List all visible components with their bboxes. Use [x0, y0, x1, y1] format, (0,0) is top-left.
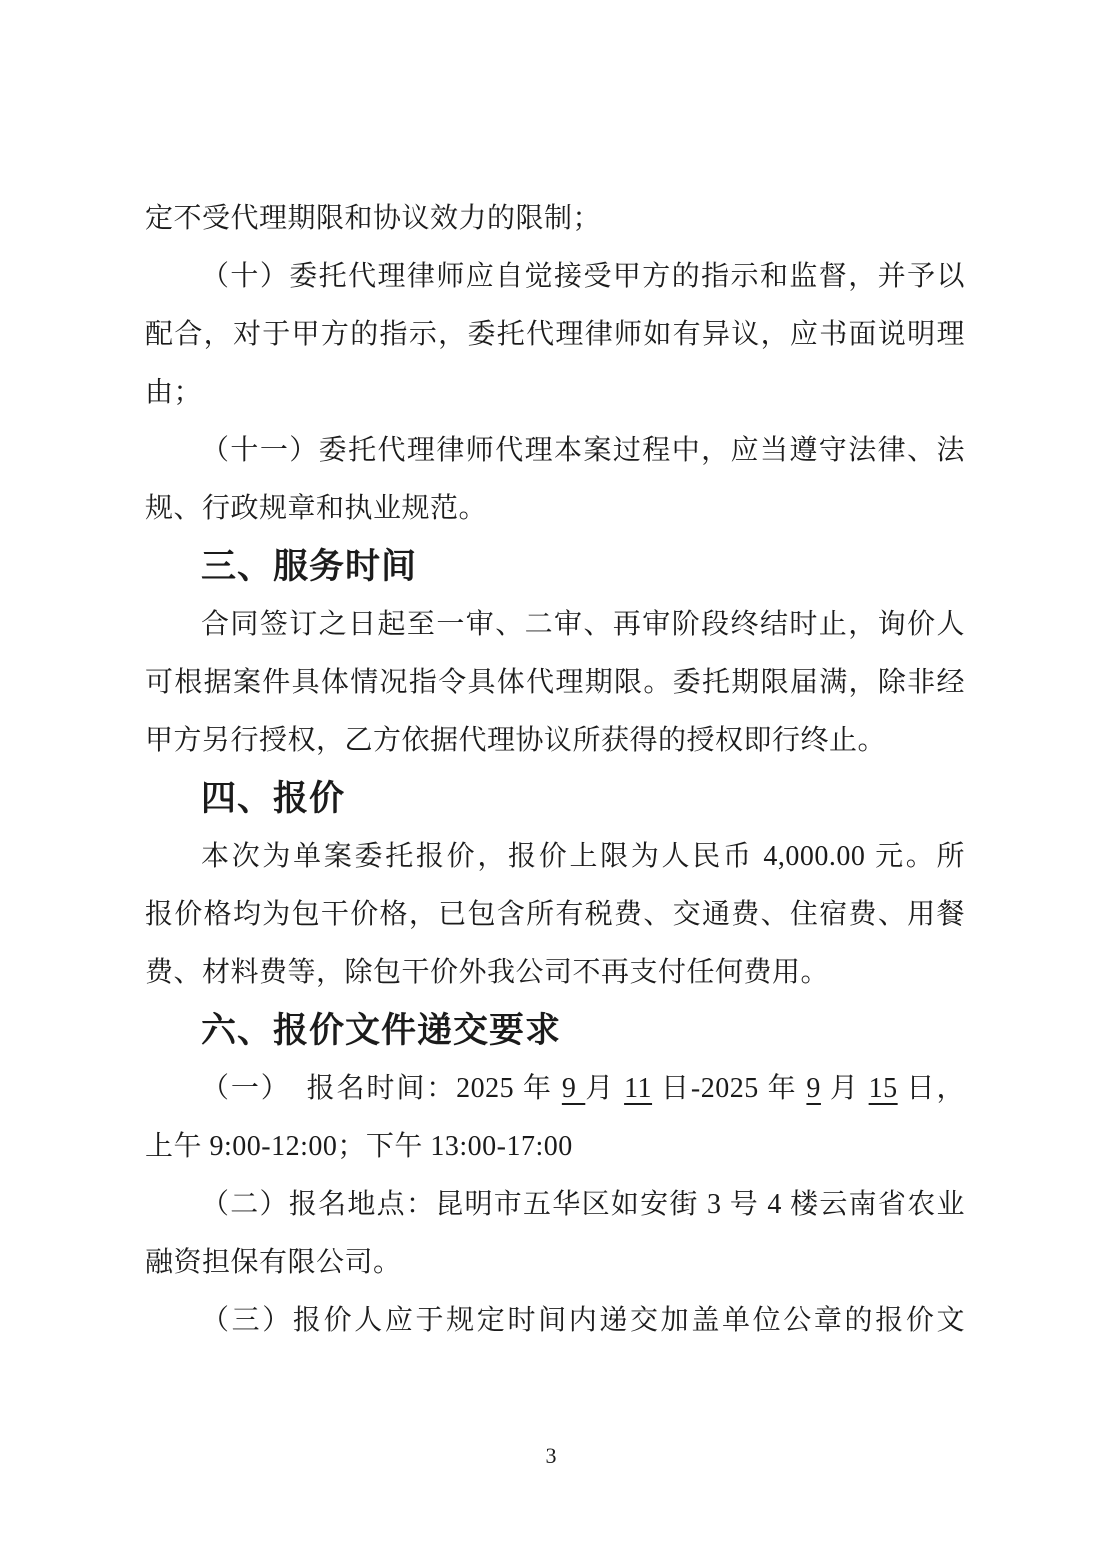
- text-segment: 费、材料费等，除包干价外我公司不再支付任何费用。: [145, 957, 829, 988]
- text-segment: 四、报价: [201, 779, 345, 818]
- text-segment: （一） 报名时间：2025 年: [201, 1073, 562, 1104]
- text-segment: （三）报价人应于规定时间内递交加盖单位公章的报价文: [201, 1305, 965, 1336]
- underlined-value: 9: [562, 1073, 585, 1104]
- underlined-value: 9: [806, 1073, 821, 1104]
- text-line: 规、行政规章和执业规范。: [145, 480, 965, 538]
- text-segment: 报价格均为包干价格，已包含所有税费、交通费、住宿费、用餐: [145, 899, 965, 930]
- document-page: 定不受代理期限和协议效力的限制；（十）委托代理律师应自觉接受甲方的指示和监督，并…: [0, 0, 1102, 1559]
- text-segment: 三、服务时间: [201, 547, 417, 586]
- text-line: 本次为单案委托报价，报价上限为人民币 4,000.00 元。所: [145, 828, 965, 886]
- text-segment: 可根据案件具体情况指令具体代理期限。委托期限届满，除非经: [145, 667, 965, 698]
- text-segment: 由；: [145, 377, 202, 408]
- section-heading: 六、报价文件递交要求: [145, 1002, 965, 1060]
- text-line: 配合，对于甲方的指示，委托代理律师如有异议，应书面说明理: [145, 306, 965, 364]
- section-heading: 四、报价: [145, 770, 965, 828]
- text-segment: 配合，对于甲方的指示，委托代理律师如有异议，应书面说明理: [145, 319, 965, 350]
- underlined-value: 11: [624, 1073, 652, 1104]
- text-line: （十）委托代理律师应自觉接受甲方的指示和监督，并予以: [145, 248, 965, 306]
- text-segment: 融资担保有限公司。: [145, 1247, 402, 1278]
- page-footer: 3: [0, 1443, 1102, 1469]
- text-line: 可根据案件具体情况指令具体代理期限。委托期限届满，除非经: [145, 654, 965, 712]
- text-segment: （二）报名地点：昆明市五华区如安街 3 号 4 楼云南省农业: [201, 1189, 965, 1220]
- text-segment: 本次为单案委托报价，报价上限为人民币 4,000.00 元。所: [201, 841, 965, 872]
- text-line: 合同签订之日起至一审、二审、再审阶段终结时止，询价人: [145, 596, 965, 654]
- text-segment: 日-2025 年: [652, 1073, 806, 1104]
- text-segment: 定不受代理期限和协议效力的限制；: [145, 203, 601, 234]
- text-segment: （十一）委托代理律师代理本案过程中，应当遵守法律、法: [201, 435, 965, 466]
- text-line: （一） 报名时间：2025 年 9 月 11 日-2025 年 9 月 15 日…: [145, 1060, 965, 1118]
- underlined-value: 15: [869, 1073, 898, 1104]
- text-segment: 月: [585, 1073, 624, 1104]
- text-line: 定不受代理期限和协议效力的限制；: [145, 190, 965, 248]
- document-content: 定不受代理期限和协议效力的限制；（十）委托代理律师应自觉接受甲方的指示和监督，并…: [145, 190, 965, 1350]
- text-segment: （十）委托代理律师应自觉接受甲方的指示和监督，并予以: [201, 261, 965, 292]
- text-segment: 规、行政规章和执业规范。: [145, 493, 487, 524]
- text-line: （二）报名地点：昆明市五华区如安街 3 号 4 楼云南省农业: [145, 1176, 965, 1234]
- text-line: 甲方另行授权，乙方依据代理协议所获得的授权即行终止。: [145, 712, 965, 770]
- text-line: （三）报价人应于规定时间内递交加盖单位公章的报价文: [145, 1292, 965, 1350]
- text-segment: 甲方另行授权，乙方依据代理协议所获得的授权即行终止。: [145, 725, 886, 756]
- text-line: 费、材料费等，除包干价外我公司不再支付任何费用。: [145, 944, 965, 1002]
- section-heading: 三、服务时间: [145, 538, 965, 596]
- text-line: 报价格均为包干价格，已包含所有税费、交通费、住宿费、用餐: [145, 886, 965, 944]
- text-segment: 上午 9:00-12:00；下午 13:00-17:00: [145, 1131, 573, 1162]
- text-line: 上午 9:00-12:00；下午 13:00-17:00: [145, 1118, 965, 1176]
- text-line: 融资担保有限公司。: [145, 1234, 965, 1292]
- text-segment: 月: [821, 1073, 869, 1104]
- text-line: 由；: [145, 364, 965, 422]
- page-number: 3: [546, 1443, 557, 1468]
- text-segment: 六、报价文件递交要求: [201, 1011, 561, 1050]
- text-segment: 合同签订之日起至一审、二审、再审阶段终结时止，询价人: [201, 609, 965, 640]
- text-segment: 日，: [898, 1073, 965, 1104]
- text-line: （十一）委托代理律师代理本案过程中，应当遵守法律、法: [145, 422, 965, 480]
